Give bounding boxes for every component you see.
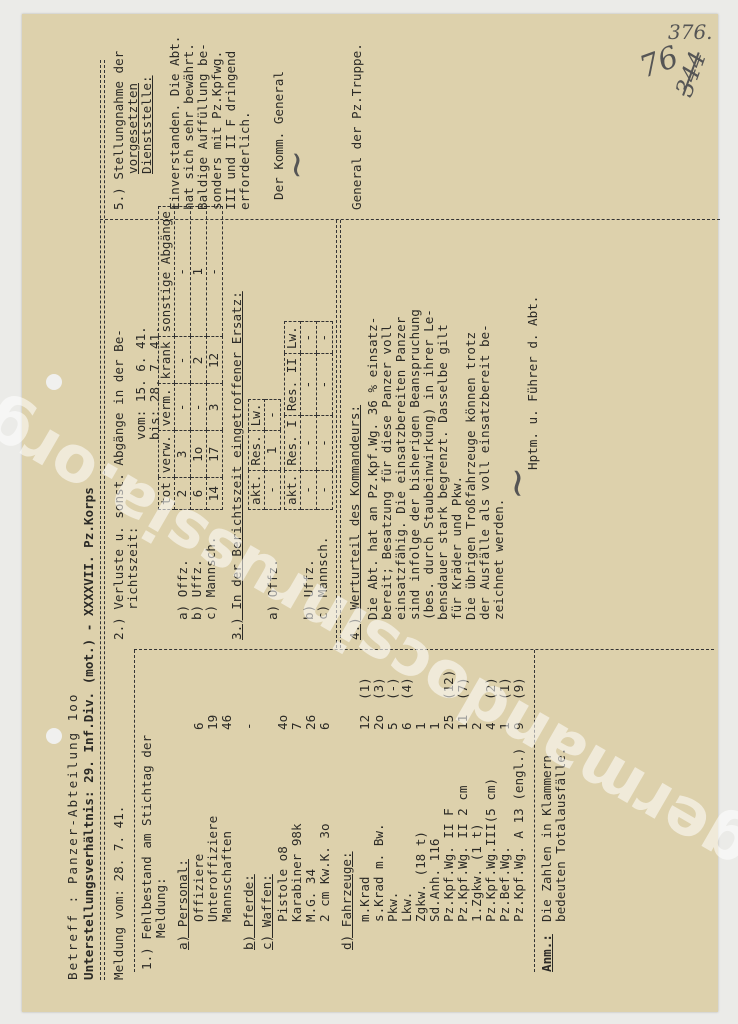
unterstellung-line: Unterstellungsverhältnis: 29. Inf.Div. (… (82, 487, 96, 980)
waffen-label: c) Waffen: (260, 874, 274, 950)
general-rank: General der Pz.Truppe. (350, 43, 364, 210)
column-header: krank (159, 337, 175, 384)
waffen-row-label: 2 cm Kw.K. 3o (318, 823, 332, 922)
note-label: Anm.: (540, 934, 554, 972)
column-header: Res. (249, 431, 265, 470)
fahrzeuge-label: d) Fahrzeuge: (340, 851, 354, 950)
column-header: sonstige Abgänge (159, 207, 175, 337)
table-row: 2 3 - - - (175, 207, 191, 510)
general-signature: ~ (290, 150, 304, 180)
personal-row-value: 46 (220, 715, 234, 730)
general-title: Der Komm. General (272, 71, 286, 200)
table-row: 14 17 3 12 - (207, 207, 223, 510)
report-date: Meldung vom: 28. 7. 41. (112, 806, 126, 980)
table-row: 6 1o - 2 1 (191, 207, 207, 510)
waffen-row-value: 6 (318, 722, 332, 730)
divider (134, 650, 135, 972)
column-header: Lw. (285, 322, 301, 354)
column-header: Res. I (285, 416, 301, 471)
personal-row-label: Mannschaften (220, 831, 234, 922)
werturteil-line: zeichnet werden. (492, 499, 506, 620)
ersatz-offz-table: akt. Res. Lw. - 1 - (248, 399, 281, 510)
fahrzeug-label: Pz.Kpf.Wg. A 13 (engl.) (512, 748, 526, 922)
personal-label: a) Personal: (176, 859, 190, 950)
column-header: akt. (285, 470, 301, 509)
column-header: akt. (249, 470, 265, 509)
table-row: - 1 - (265, 399, 281, 509)
commander-title: Hptm. u. Führer d. Abt. (526, 296, 540, 470)
ersatz-table: akt. Res. I Res. II Lw. - - - - - - - - (284, 321, 333, 510)
column-header: verm. (159, 384, 175, 431)
betreff-line: Betreff : Panzer-Abteilung 1oo (66, 693, 80, 980)
section1-heading2: Meldung: (154, 877, 168, 938)
pferde-label: b) Pferde: (242, 874, 256, 950)
table-row: - - - - (317, 322, 333, 510)
column-header: Res. II (285, 354, 301, 416)
table-row: - - - - (301, 322, 317, 510)
column-header: Lw. (249, 399, 265, 431)
rotated-report: Betreff : Panzer-Abteilung 1oo Unterstel… (40, 40, 720, 1000)
column-header: verw. (159, 431, 175, 478)
pferde-value: - (242, 722, 256, 730)
losses-table: tot verw. verm. krank sonstige Abgänge 2… (158, 206, 223, 510)
commander-signature: ~ (510, 466, 524, 500)
divider (100, 219, 720, 220)
section5-heading3: Dienststelle: (140, 75, 154, 174)
stellungnahme-line: erforderlich. (238, 111, 252, 210)
